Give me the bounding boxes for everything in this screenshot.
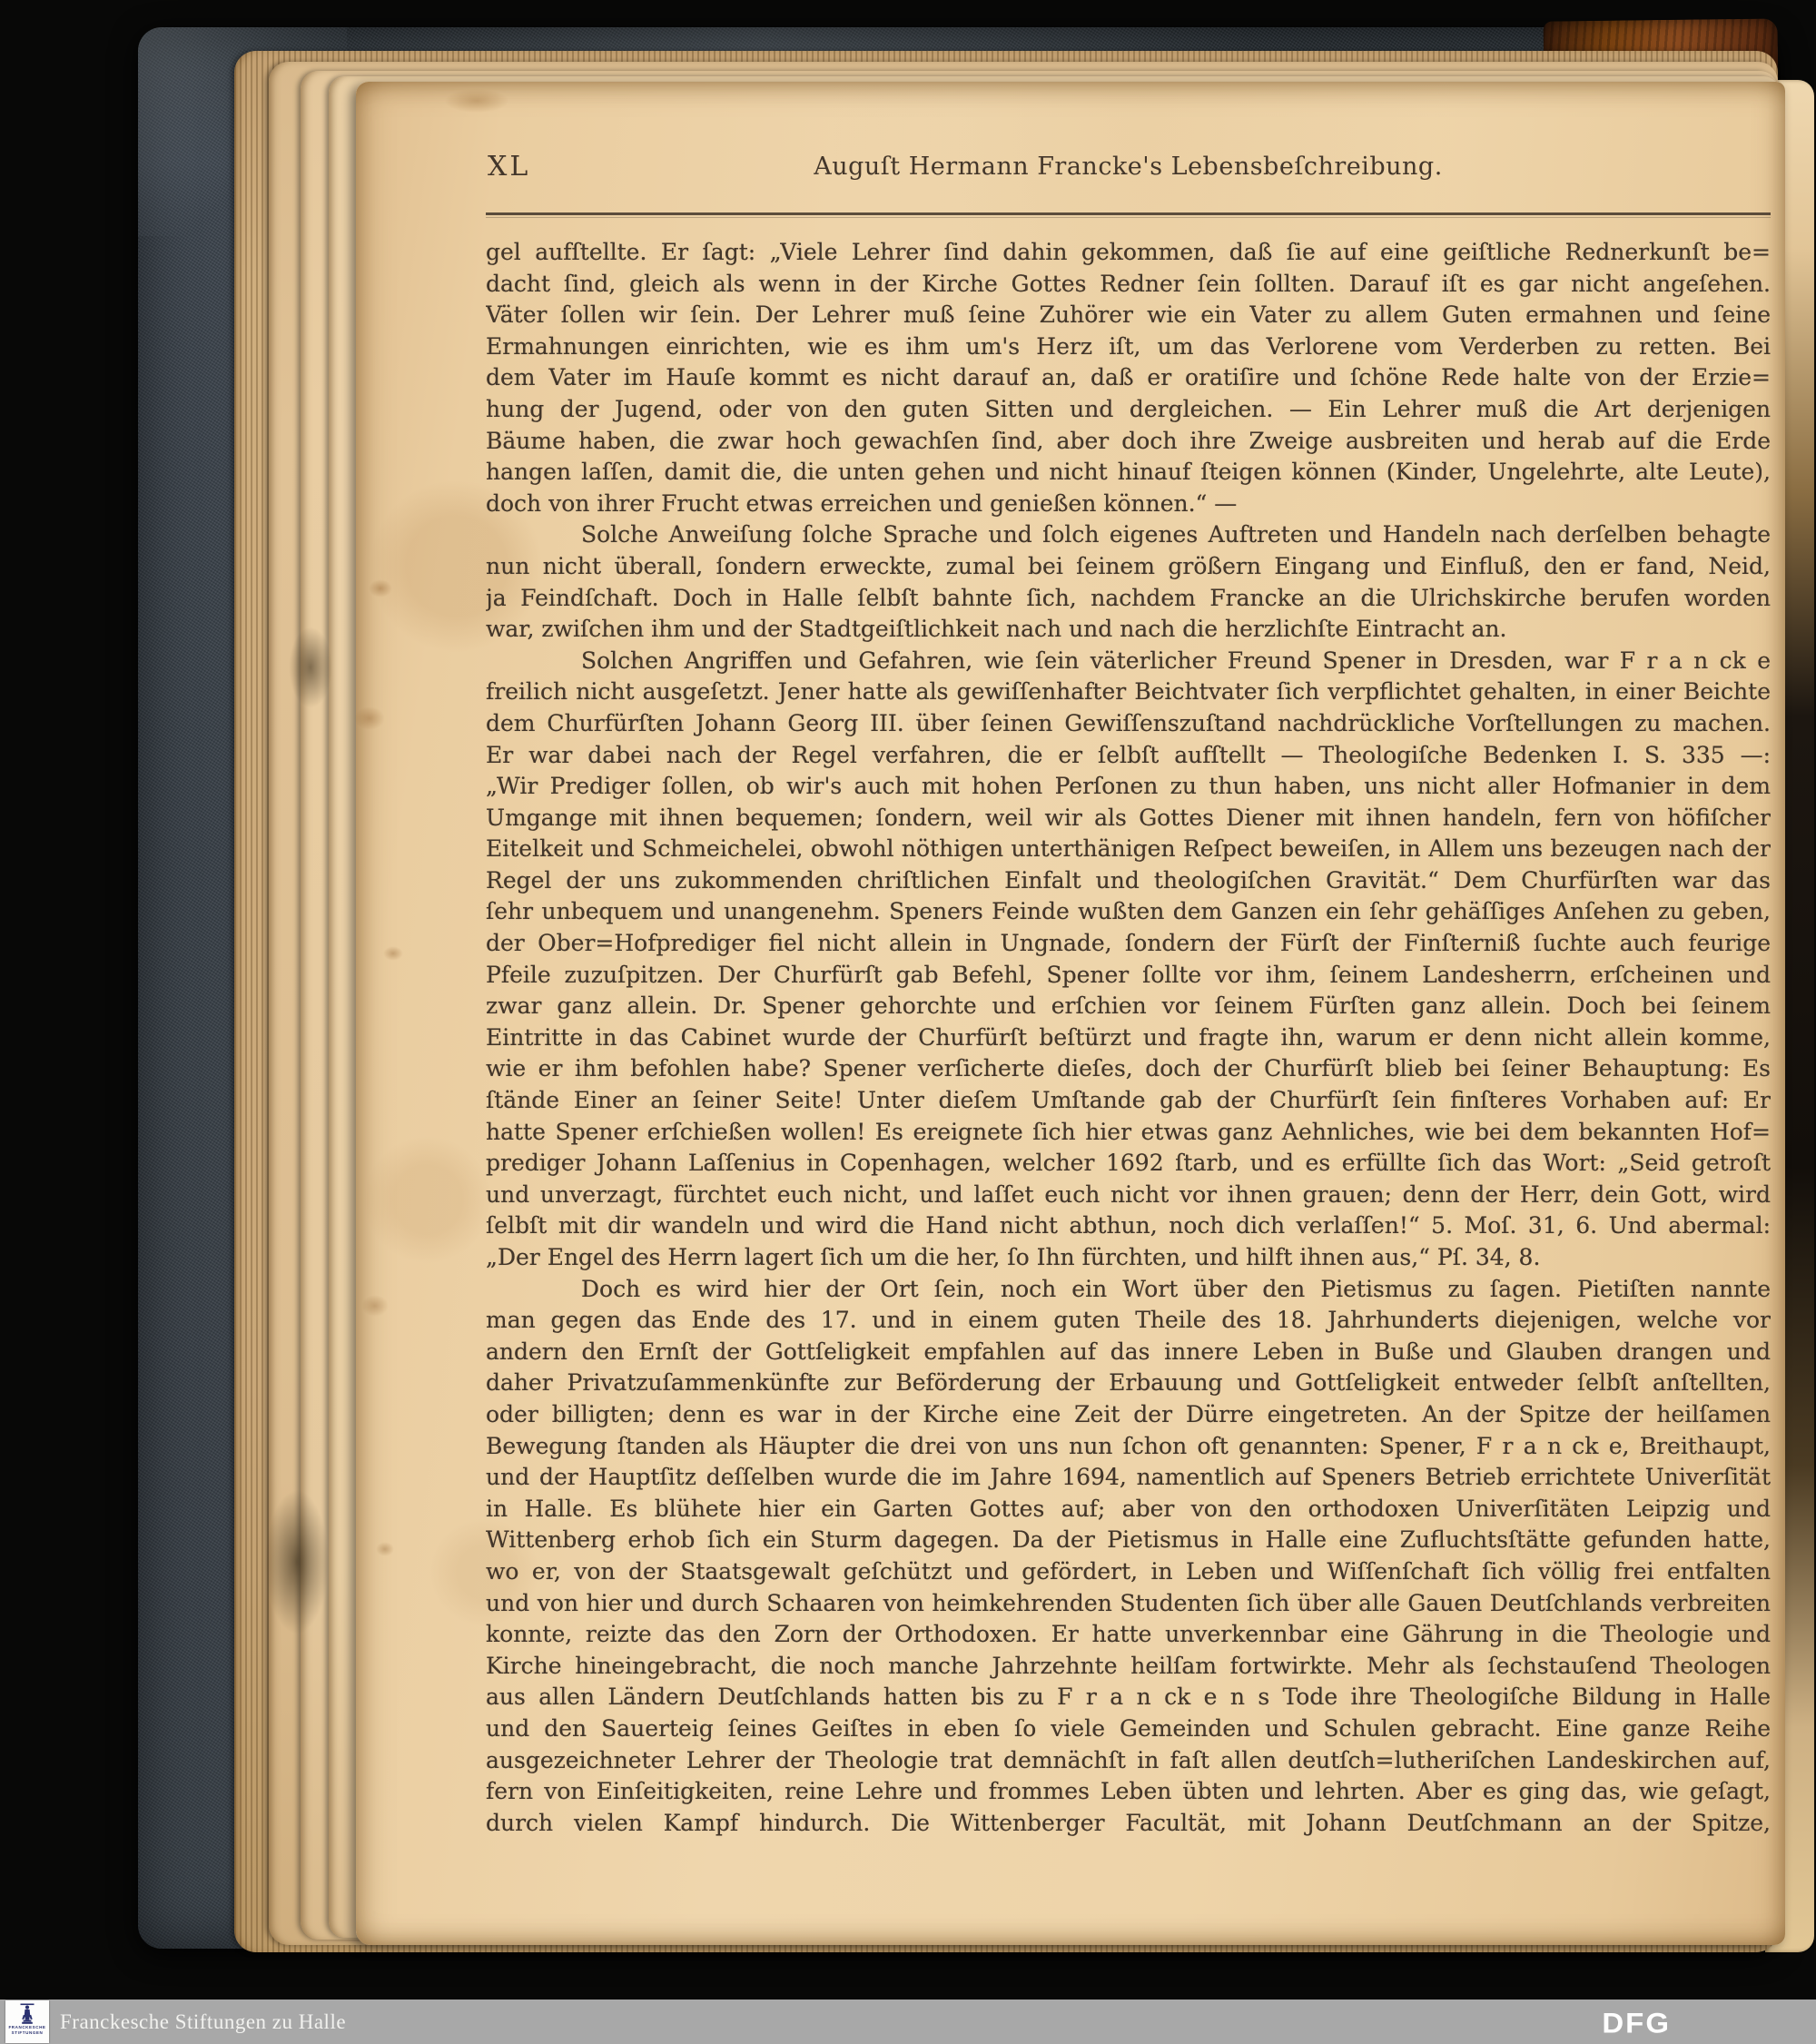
text-line: Bäume haben, die zwar hoch gewachſen ſin… [486,426,1771,458]
text-line: prediger Johann Laſſenius in Copenhagen,… [486,1148,1771,1180]
text-line: Umgange mit ihnen bequemen; ſondern, wei… [486,803,1771,834]
text-line: andern den Ernſt der Gottſeligkeit empfa… [486,1337,1771,1368]
text-line: wie er ihm befohlen habe? Spener verſich… [486,1053,1771,1085]
text-line: Solchen Angriffen und Gefahren, wie ſein… [486,646,1771,677]
text-line: Bewegung ſtanden als Häupter die drei vo… [486,1431,1771,1463]
text-line: ſehr unbequem und unangenehm. Speners Fe… [486,896,1771,928]
text-line: ja Feindſchaft. Doch in Halle ſelbſt bah… [486,583,1771,615]
text-line: Er war dabei nach der Regel verfahren, d… [486,740,1771,772]
text-line: gel aufſtellte. Er ſagt: „Viele Lehrer ſ… [486,237,1771,269]
text-line: oder billigten; denn es war in der Kirch… [486,1399,1771,1431]
text-line: Pfeile zuzuſpitzen. Der Churfürſt gab Be… [486,960,1771,992]
stain [376,1542,394,1556]
text-line: fern von Einſeitigkeiten, reine Lehre un… [486,1776,1771,1808]
text-line: aus allen Ländern Deutſchlands hatten bi… [486,1682,1771,1713]
text-line: dacht ſind, gleich als wenn in der Kirch… [486,269,1771,301]
text-line: in Halle. Es blühete hier ein Garten Got… [486,1494,1771,1526]
text-line: „Der Engel des Herrn lagert ſich um die … [486,1242,1771,1274]
book-page: XL Auguſt Hermann Francke's Lebensbeſchr… [356,82,1785,1945]
text-line: ausgezeichneter Lehrer der Theologie tra… [486,1745,1771,1777]
text-line: und unverzagt, fürchtet euch nicht, und … [486,1180,1771,1211]
text-line: Doch es wird hier der Ort ſein, noch ein… [486,1274,1771,1306]
text-line: Solche Anweiſung ſolche Sprache und ſolc… [486,519,1771,551]
text-line: wo er, von der Staatsgewalt geſchützt un… [486,1556,1771,1588]
running-title: Auguſt Hermann Francke's Lebensbeſchreib… [486,153,1771,181]
text-line: daher Privatzuſammenkünfte zur Beförderu… [486,1368,1771,1399]
text-line: freilich nicht ausgeſetzt. Jener hatte a… [486,676,1771,708]
page-text: gel aufſtellte. Er ſagt: „Viele Lehrer ſ… [486,237,1771,1839]
dfg-logo: DFG [1602,2000,1671,2043]
text-line: Kirche hineingebracht, die noch manche J… [486,1651,1771,1683]
logo-caption-line2: STIFTUNGEN [12,2030,44,2036]
text-line: man gegen das Ende des 17. und in einem … [486,1305,1771,1337]
text-line: nun nicht überall, ſondern erweckte, zum… [486,551,1771,583]
statue-icon [18,2003,36,2025]
stain [445,89,508,113]
text-line: und der Hauptſitz deſſelben wurde die im… [486,1462,1771,1494]
text-line: konnte, reizte das den Zorn der Orthodox… [486,1619,1771,1651]
text-line: dem Churfürſten Johann Georg III. über ſ… [486,708,1771,740]
text-line: und den Sauerteig ſeines Geiſtes in eben… [486,1713,1771,1745]
scanned-book-photo: XL Auguſt Hermann Francke's Lebensbeſchr… [0,0,1816,2044]
text-line: „Wir Prediger ſollen, ob wir's auch mit … [486,771,1771,803]
text-line: durch vielen Kampf hindurch. Die Wittenb… [486,1808,1771,1840]
institution-name: Franckesche Stiftungen zu Halle [60,2000,346,2044]
stain [369,579,392,597]
stain [361,1295,389,1317]
text-line: hung der Jugend, oder von den guten Sitt… [486,394,1771,426]
stain [354,706,385,730]
stain [289,627,332,708]
text-line: Väter ſollen wir ſein. Der Lehrer muß ſe… [486,300,1771,331]
franckesche-stiftungen-logo: FRANCKESCHE STIFTUNGEN [5,2000,49,2043]
text-line: und von hier und durch Schaaren von heim… [486,1588,1771,1620]
text-line: Eintritte in das Cabinet wurde der Churf… [486,1022,1771,1054]
text-line: Ermahnungen einrichten, wie es ihm um's … [486,331,1771,363]
text-line: der Ober=Hofprediger fiel nicht allein i… [486,928,1771,960]
text-line: Wittenberg erhob ſich ein Sturm dagegen.… [486,1525,1771,1556]
stain [265,1489,329,1634]
text-line: Eitelkeit und Schmeichelei, obwohl nöthi… [486,834,1771,865]
page-header: XL Auguſt Hermann Francke's Lebensbeſchr… [486,151,1771,189]
header-rule [486,212,1771,215]
text-line: ſtände Einer an ſeiner Seite! Unter dieſ… [486,1085,1771,1117]
text-line: hatte Spener erſchießen wollen! Es ereig… [486,1117,1771,1149]
text-line: doch von ihrer Frucht etwas erreichen un… [486,489,1771,520]
text-line: Regel der uns zukommenden chriſtlichen E… [486,865,1771,897]
text-line: war, zwiſchen ihm und der Stadtgeiſtlich… [486,614,1771,646]
text-line: dem Vater im Hauſe kommt es nicht darauf… [486,362,1771,394]
text-line: ſelbſt mit dir wandeln und wird die Hand… [486,1210,1771,1242]
text-line: zwar ganz allein. Dr. Spener gehorchte u… [486,991,1771,1022]
text-line: hangen laſſen, damit die, die unten gehe… [486,457,1771,489]
stain [383,946,403,961]
footer-bar: FRANCKESCHE STIFTUNGEN Franckesche Stift… [0,2000,1816,2044]
